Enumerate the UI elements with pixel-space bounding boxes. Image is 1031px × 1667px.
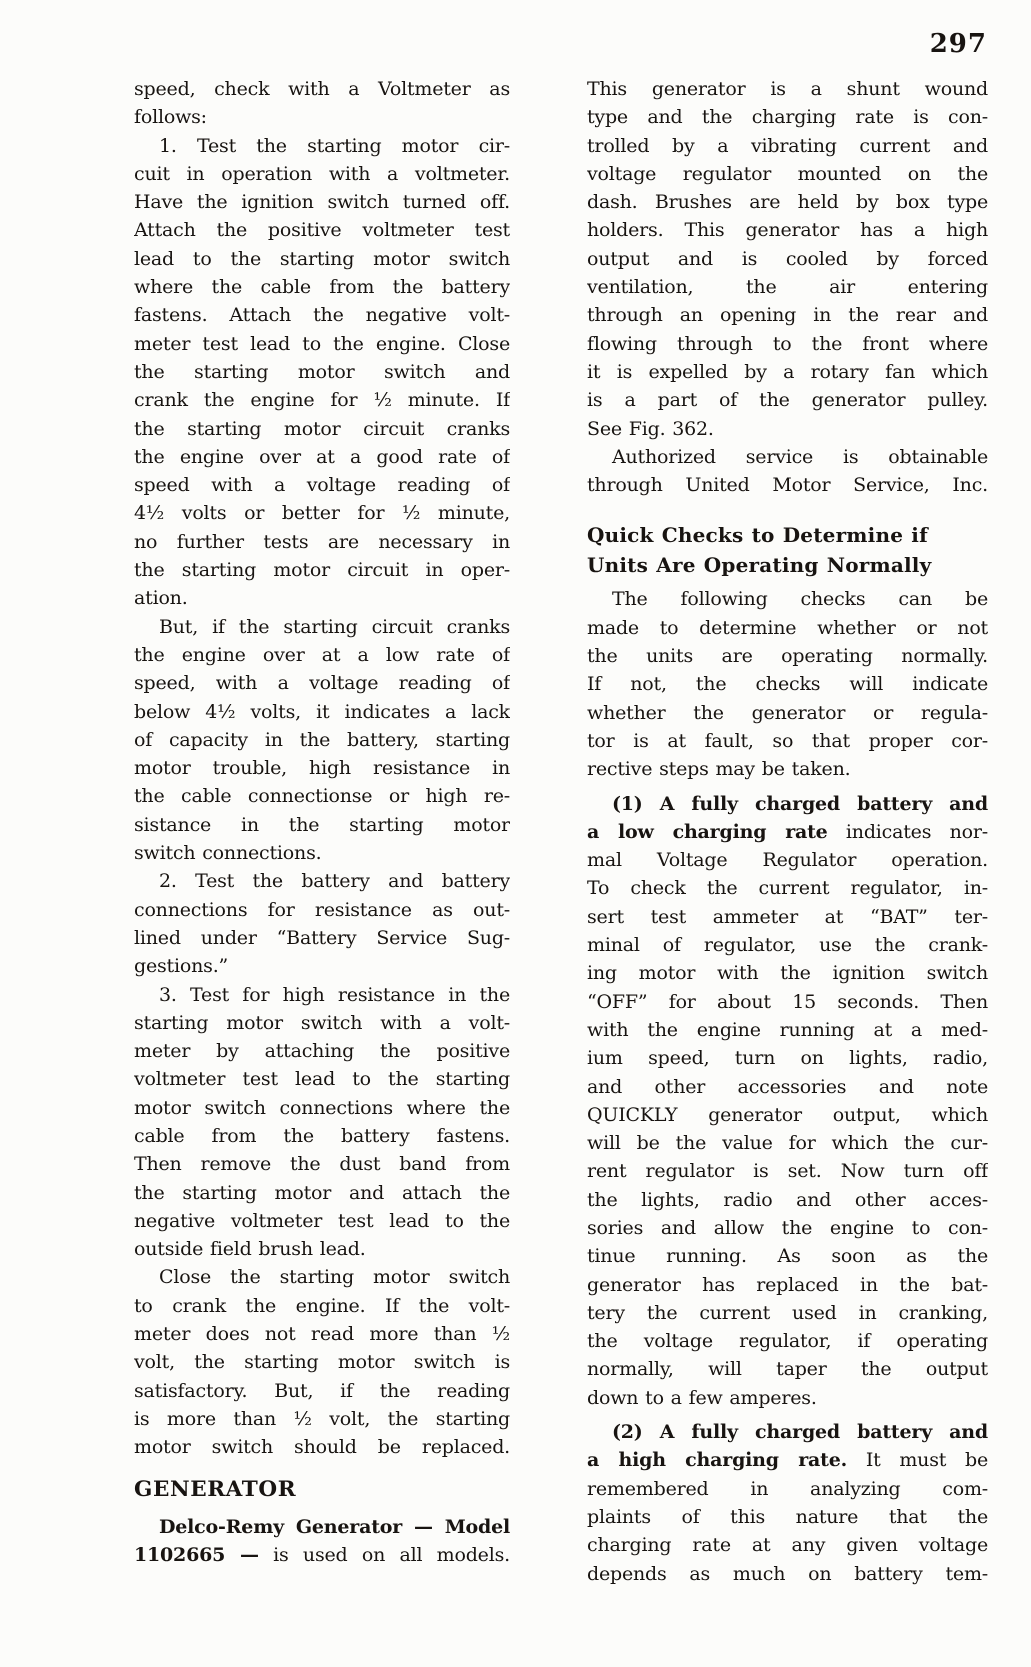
text-line: and other accessories and note bbox=[587, 1073, 988, 1101]
text-line: 2. Test the battery and battery bbox=[134, 867, 510, 895]
text-line: lined under “Battery Service Sug- bbox=[134, 924, 510, 952]
text-line: the voltage regulator, if operating bbox=[587, 1327, 988, 1355]
paragraph: This generator is a shunt woundtype and … bbox=[587, 75, 988, 443]
text-line: Attach the positive voltmeter test bbox=[134, 216, 510, 244]
text-line: motor switch connections where the bbox=[134, 1094, 510, 1122]
manual-page: 297 speed, check with a Voltmeter asfoll… bbox=[0, 0, 1031, 1667]
paragraph: But, if the starting circuit cranksthe e… bbox=[134, 613, 510, 868]
text-line: ing motor with the ignition switch bbox=[587, 959, 988, 987]
paragraph: 1. Test the starting motor cir-cuit in o… bbox=[134, 132, 510, 613]
text-line: crank the engine for ½ minute. If bbox=[134, 386, 510, 414]
text-line: the starting motor circuit cranks bbox=[134, 415, 510, 443]
text-line: 4½ volts or better for ½ minute, bbox=[134, 499, 510, 527]
text: indicates nor- bbox=[828, 821, 988, 843]
text-line: generator has replaced in the bat- bbox=[587, 1271, 988, 1299]
text-line: speed with a voltage reading of bbox=[134, 471, 510, 499]
text-line: 3. Test for high resistance in the bbox=[134, 981, 510, 1009]
text-line: with the engine running at a med- bbox=[587, 1016, 988, 1044]
text-line: the engine over at a good rate of bbox=[134, 443, 510, 471]
text-line: 1. Test the starting motor cir- bbox=[134, 132, 510, 160]
text-line: the starting motor switch and bbox=[134, 358, 510, 386]
text-line: through an opening in the rear and bbox=[587, 301, 988, 329]
text-line: motor trouble, high resistance in bbox=[134, 754, 510, 782]
text-line: meter test lead to the engine. Close bbox=[134, 330, 510, 358]
text-line: a low charging rate indicates nor- bbox=[587, 818, 988, 846]
text-line: mal Voltage Regulator operation. bbox=[587, 846, 988, 874]
text-line: will be the value for which the cur- bbox=[587, 1129, 988, 1157]
text-line: See Fig. 362. bbox=[587, 415, 988, 443]
text-line: (1) A fully charged battery and bbox=[587, 790, 988, 818]
text-line: 1102665 — is used on all models. bbox=[134, 1541, 510, 1569]
text-line: Authorized service is obtainable bbox=[587, 443, 988, 471]
right-text-column: This generator is a shunt woundtype and … bbox=[587, 75, 988, 1588]
text-line: normally, will taper the output bbox=[587, 1355, 988, 1383]
text-line: rective steps may be taken. bbox=[587, 755, 988, 783]
text-line: ium speed, turn on lights, radio, bbox=[587, 1044, 988, 1072]
text-line: to crank the engine. If the volt- bbox=[134, 1292, 510, 1320]
text-line: Delco-Remy Generator — Model bbox=[134, 1513, 510, 1541]
text-line: plaints of this nature that the bbox=[587, 1503, 988, 1531]
paragraph: speed, check with a Voltmeter asfollows: bbox=[134, 75, 510, 132]
text-line: “OFF” for about 15 seconds. Then bbox=[587, 988, 988, 1016]
text-line: flowing through to the front where bbox=[587, 330, 988, 358]
heading-line: GENERATOR bbox=[134, 1475, 510, 1504]
text-line: follows: bbox=[134, 103, 510, 131]
text-line: is more than ½ volt, the starting bbox=[134, 1405, 510, 1433]
bold-text: a high charging rate. bbox=[587, 1449, 847, 1471]
text-line: motor switch should be replaced. bbox=[134, 1433, 510, 1461]
text-line: speed, check with a Voltmeter as bbox=[134, 75, 510, 103]
text-line: the cable connectionse or high re- bbox=[134, 782, 510, 810]
text-line: whether the generator or regula- bbox=[587, 699, 988, 727]
text-line: QUICKLY generator output, which bbox=[587, 1101, 988, 1129]
text-line: sert test ammeter at “BAT” ter- bbox=[587, 903, 988, 931]
paragraph: 2. Test the battery and batteryconnectio… bbox=[134, 867, 510, 980]
text-line: speed, with a voltage reading of bbox=[134, 669, 510, 697]
text-line: (2) A fully charged battery and bbox=[587, 1418, 988, 1446]
text-line: Then remove the dust band from bbox=[134, 1150, 510, 1178]
text-line: of capacity in the battery, starting bbox=[134, 726, 510, 754]
bold-text: a low charging rate bbox=[587, 821, 828, 843]
text-line: If not, the checks will indicate bbox=[587, 670, 988, 698]
text-line: tery the current used in cranking, bbox=[587, 1299, 988, 1327]
text-line: cuit in operation with a voltmeter. bbox=[134, 160, 510, 188]
text-line: Have the ignition switch turned off. bbox=[134, 188, 510, 216]
text: It must be bbox=[847, 1449, 988, 1471]
text-line: satisfactory. But, if the reading bbox=[134, 1377, 510, 1405]
text-line: rent regulator is set. Now turn off bbox=[587, 1157, 988, 1185]
text-line: the engine over at a low rate of bbox=[134, 641, 510, 669]
text-line: fastens. Attach the negative volt- bbox=[134, 301, 510, 329]
heading-line: Quick Checks to Determine if bbox=[587, 520, 988, 550]
text-line: down to a few amperes. bbox=[587, 1384, 988, 1412]
bold-text: (2) A fully charged battery and bbox=[612, 1421, 988, 1443]
text-line: through United Motor Service, Inc. bbox=[587, 471, 988, 499]
paragraph: Close the starting motor switchto crank … bbox=[134, 1263, 510, 1461]
text-line: made to determine whether or not bbox=[587, 614, 988, 642]
text-line: where the cable from the battery bbox=[134, 273, 510, 301]
section-heading: Quick Checks to Determine ifUnits Are Op… bbox=[587, 520, 988, 580]
text-line: cable from the battery fastens. bbox=[134, 1122, 510, 1150]
text-line: voltmeter test lead to the starting bbox=[134, 1065, 510, 1093]
text-line: lead to the starting motor switch bbox=[134, 245, 510, 273]
text: is used on all models. bbox=[259, 1544, 510, 1566]
text-line: starting motor switch with a volt- bbox=[134, 1009, 510, 1037]
left-text-column: speed, check with a Voltmeter asfollows:… bbox=[134, 75, 510, 1569]
text-line: volt, the starting motor switch is bbox=[134, 1348, 510, 1376]
text-line: dash. Brushes are held by box type bbox=[587, 188, 988, 216]
text-line: no further tests are necessary in bbox=[134, 528, 510, 556]
heading-line: Units Are Operating Normally bbox=[587, 550, 988, 580]
text-line: is a part of the generator pulley. bbox=[587, 386, 988, 414]
text-line: But, if the starting circuit cranks bbox=[134, 613, 510, 641]
text-line: type and the charging rate is con- bbox=[587, 103, 988, 131]
paragraph: Delco-Remy Generator — Model1102665 — is… bbox=[134, 1513, 510, 1570]
bold-text: 1102665 — bbox=[134, 1544, 259, 1566]
text-line: gestions.” bbox=[134, 952, 510, 980]
text-line: it is expelled by a rotary fan which bbox=[587, 358, 988, 386]
page-number: 297 bbox=[930, 29, 987, 59]
text-line: voltage regulator mounted on the bbox=[587, 160, 988, 188]
section-heading: GENERATOR bbox=[134, 1475, 510, 1504]
paragraph: (2) A fully charged battery anda high ch… bbox=[587, 1418, 988, 1588]
text-line: switch connections. bbox=[134, 839, 510, 867]
text-line: tinue running. As soon as the bbox=[587, 1242, 988, 1270]
text-line: output and is cooled by forced bbox=[587, 245, 988, 273]
text-line: connections for resistance as out- bbox=[134, 896, 510, 924]
text-line: holders. This generator has a high bbox=[587, 216, 988, 244]
text-line: Close the starting motor switch bbox=[134, 1263, 510, 1291]
text-line: below 4½ volts, it indicates a lack bbox=[134, 698, 510, 726]
text-line: The following checks can be bbox=[587, 585, 988, 613]
text-line: charging rate at any given voltage bbox=[587, 1531, 988, 1559]
paragraph: The following checks can bemade to deter… bbox=[587, 585, 988, 783]
text-line: This generator is a shunt wound bbox=[587, 75, 988, 103]
text-line: remembered in analyzing com- bbox=[587, 1475, 988, 1503]
text-line: ation. bbox=[134, 584, 510, 612]
text-line: sistance in the starting motor bbox=[134, 811, 510, 839]
paragraph: Authorized service is obtainablethrough … bbox=[587, 443, 988, 500]
text-line: To check the current regulator, in- bbox=[587, 874, 988, 902]
text-line: a high charging rate. It must be bbox=[587, 1446, 988, 1474]
text-line: the units are operating normally. bbox=[587, 642, 988, 670]
text-line: the lights, radio and other acces- bbox=[587, 1186, 988, 1214]
text-line: the starting motor circuit in oper- bbox=[134, 556, 510, 584]
text-line: negative voltmeter test lead to the bbox=[134, 1207, 510, 1235]
text-line: ventilation, the air entering bbox=[587, 273, 988, 301]
text-line: tor is at fault, so that proper cor- bbox=[587, 727, 988, 755]
text-line: outside field brush lead. bbox=[134, 1235, 510, 1263]
text-line: the starting motor and attach the bbox=[134, 1179, 510, 1207]
paragraph: 3. Test for high resistance in thestarti… bbox=[134, 981, 510, 1264]
text-line: depends as much on battery tem- bbox=[587, 1560, 988, 1588]
text-line: meter does not read more than ½ bbox=[134, 1320, 510, 1348]
bold-text: (1) A fully charged battery and bbox=[612, 793, 988, 815]
text-line: meter by attaching the positive bbox=[134, 1037, 510, 1065]
text-line: minal of regulator, use the crank- bbox=[587, 931, 988, 959]
text-line: trolled by a vibrating current and bbox=[587, 132, 988, 160]
paragraph: (1) A fully charged battery anda low cha… bbox=[587, 790, 988, 1413]
bold-text: Delco-Remy Generator — Model bbox=[159, 1516, 510, 1538]
text-line: sories and allow the engine to con- bbox=[587, 1214, 988, 1242]
